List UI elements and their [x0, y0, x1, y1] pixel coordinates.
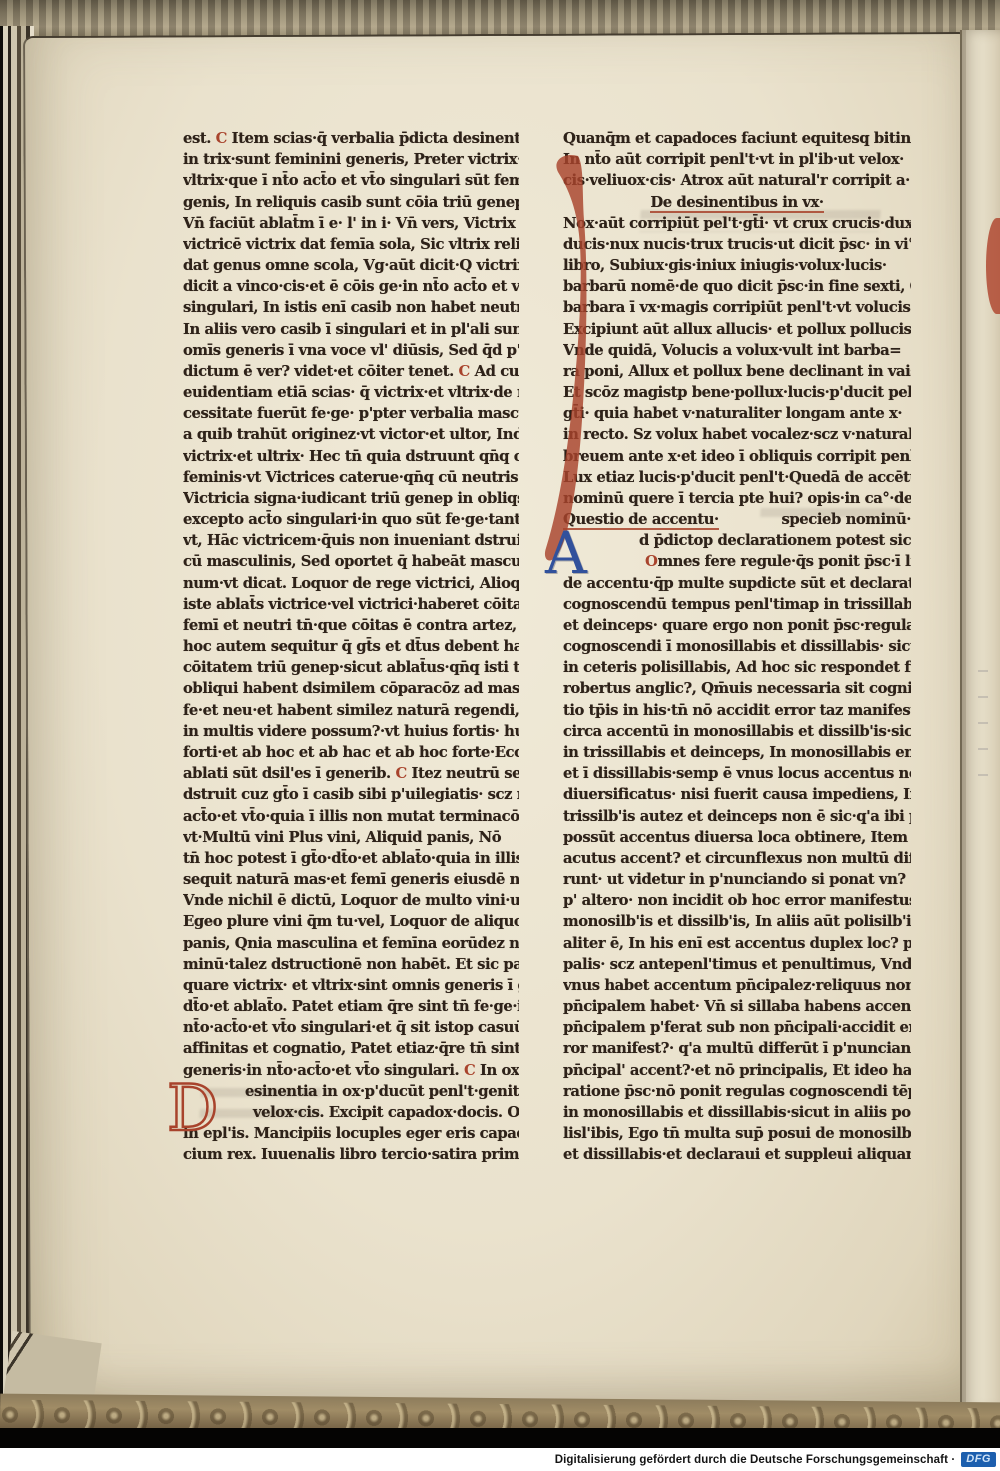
- text-line: Excipiunt aūt allux allucis· et pollux p…: [563, 319, 911, 340]
- text-line: vt, Hāc victricem·q̄uis non inueniant ds…: [183, 530, 519, 551]
- text-line: cium rex. Iuuenalis libro tercio·satira …: [183, 1144, 519, 1165]
- text-line: barbarū nomē·de quo dicit p̄sc·in fine s…: [563, 276, 911, 297]
- text-line: runt· ut videtur in p'nunciando si ponat…: [563, 869, 911, 890]
- text-line: in monosillabis et dissillabis·sicut in …: [563, 1102, 911, 1123]
- text-line: in multis videre possum?·vt huius fortis…: [183, 721, 519, 742]
- rubric-mark: C: [395, 765, 406, 782]
- text-line: fe·et neu·et habent similez naturā regen…: [183, 700, 519, 721]
- text-line: nominū quere ī tercia pte hui? opis·in c…: [563, 488, 911, 509]
- text-column-left: est. C Item scias·q̄ verbalia p̄dicta de…: [183, 128, 519, 1165]
- rubric-mark: O: [645, 553, 657, 570]
- text-line: vt·Multū vini Plus vini, Aliquid panis, …: [183, 827, 519, 848]
- text-line: esinentia in ox·p'ducūt penl't·geniti· v…: [183, 1081, 519, 1102]
- text-line: in epl'is. Mancipiis locuples eger eris …: [183, 1123, 519, 1144]
- text-line: singulari, In istis enī casib non habet …: [183, 297, 519, 318]
- text-line: et ī dissillabis·semp ē vnus locus accen…: [563, 763, 911, 784]
- next-page-edge: [960, 30, 1000, 1412]
- text-line: robertus anglic?, Qm̄uis necessaria sit …: [563, 678, 911, 699]
- text-line: possūt accentus diuersa loca obtinere, I…: [563, 827, 911, 848]
- rubric-heading-line: Questio de accentu·specieb nominū·: [563, 509, 911, 530]
- text-line: palis· scz antepenl'timus et penultimus,…: [563, 954, 911, 975]
- text-line: Et scōz magistp bene·pollux·lucis·p'duci…: [563, 382, 911, 403]
- text-line: Quanq̄m et capadoces faciunt equitesq bi…: [563, 128, 911, 149]
- text-line: Victricia signa·iudicant triū genep in o…: [183, 488, 519, 509]
- text-line: dstruit cuz gt̄o ī casib sibi p'uilegiat…: [183, 784, 519, 805]
- text-line: ra poni, Allux et pollux bene declinant …: [563, 361, 911, 382]
- text-line: barbara ī vx·magis corripiūt penl't·vt v…: [563, 297, 911, 318]
- text-line: in trix·sunt feminini generis, Preter vi…: [183, 149, 519, 170]
- text-line: In aliis vero casib ī singulari et in pl…: [183, 319, 519, 340]
- illuminated-initial-A: A: [545, 524, 587, 582]
- rubric-mark: C: [216, 130, 227, 147]
- text-line: cōitatem triū genep·sicut ablat̄us·qn̄q …: [183, 657, 519, 678]
- text-line: ror manifest?· q'a multū differūt ī p'nu…: [563, 1038, 911, 1059]
- illuminated-initial-D: D: [167, 1077, 218, 1141]
- text-line: Vnde quidā, Volucis a volux·vult int bar…: [563, 340, 911, 361]
- text-line: vltrix·que ī nt̄o act̄o et vt̄o singular…: [183, 170, 519, 191]
- text-line: velox·cis. Excipit capadox·docis. Orati?: [183, 1102, 519, 1123]
- text-line: Vnde nichil ē dictū, Loquor de multo vin…: [183, 890, 519, 911]
- rubric-mark: C: [464, 1062, 475, 1079]
- text-line: panis, Qnia masculina et femīna eorūdez …: [183, 933, 519, 954]
- text-line: p' altero· non incidit ob hoc error mani…: [563, 890, 911, 911]
- text-line: libro, Subiux·gis·iniux iniugis·volux·lu…: [563, 255, 911, 276]
- text-line: in trissillabis et deinceps, In monosill…: [563, 742, 911, 763]
- text-line: cis·veliuox·cis· Atrox aūt natural'r cor…: [563, 170, 911, 191]
- text-line: lisl'ibis, Ego tn̄ multa sup̄ posui de m…: [563, 1123, 911, 1144]
- next-page-red-initial-fragment: [986, 218, 1000, 314]
- dfg-logo-icon: DFG: [961, 1452, 996, 1467]
- text-line: acutus accent? et circunflexus non multū…: [563, 848, 911, 869]
- text-line: nt̄o·act̄o·et vt̄o singulari·et q̄ sit i…: [183, 1017, 519, 1038]
- text-line: est. C Item scias·q̄ verbalia p̄dicta de…: [183, 128, 519, 149]
- rubric-heading-line: De desinentibus in vx·: [563, 192, 911, 213]
- text-line: pn̄cipalem p'ferat sub non pn̄cipali·acc…: [563, 1017, 911, 1038]
- text-line: trissilb'is autez et deinceps non ē sic·…: [563, 806, 911, 827]
- text-line: Egeo plure vini q̄m tu·vel, Loquor de al…: [183, 911, 519, 932]
- text-line: feminis·vt Victrices caterue·qn̄q cū neu…: [183, 467, 519, 488]
- text-line: in ceteris polisillabis, Ad hoc sic resp…: [563, 657, 911, 678]
- text-line: generis·in nt̄o·act̄o·et vt̄o singulari.…: [183, 1060, 519, 1081]
- text-line: iste ablat̄s victrice·vel victrici·haber…: [183, 594, 519, 615]
- text-line: ratione p̄sc·nō ponit regulas cognoscend…: [563, 1081, 911, 1102]
- rubric-mark: C: [459, 363, 470, 380]
- text-line: forti·et ab hoc et ab hac et ab hoc fort…: [183, 742, 519, 763]
- text-line: tio tp̄is in his·tn̄ nō accidit error ta…: [563, 700, 911, 721]
- text-line: victricē victrix dat femīa sola, Sic vlt…: [183, 234, 519, 255]
- text-line: dt̄o·et ablat̄o. Patet etiam q̄re sint t…: [183, 996, 519, 1017]
- text-line: cū masculinis, Sed oportet q̄ habeāt mas…: [183, 551, 519, 572]
- text-line: obliqui habent dsimilem cōparacōz ad mas…: [183, 678, 519, 699]
- text-line: monosilb'is et dissilb'is, In aliis aūt …: [563, 911, 911, 932]
- text-line: num·vt dicat. Loquor de rege victrici, A…: [183, 573, 519, 594]
- text-line: genis, In reliquis casib sunt cōia triū …: [183, 192, 519, 213]
- text-line: aliter ē, In his enī est accentus duplex…: [563, 933, 911, 954]
- text-line: sequit naturā mas·et femī generis eiusdē…: [183, 869, 519, 890]
- text-line: a quib trahūt originez·vt victor·et ulto…: [183, 424, 519, 445]
- text-column-right: Quanq̄m et capadoces faciunt equitesq bi…: [563, 128, 911, 1165]
- text-line: act̄o·et vt̄o·quia ī illis non mutat ter…: [183, 806, 519, 827]
- text-line: d p̄dictop declarationem potest sic quer…: [563, 530, 911, 551]
- text-line: diuersificatus· nisi fuerit causa impedi…: [563, 784, 911, 805]
- text-line: ablati sūt dsil'es ī generib. C Itez neu…: [183, 763, 519, 784]
- text-line: tn̄ hoc potest ī gt̄o·dt̄o·et ablat̄o·qu…: [183, 848, 519, 869]
- text-line: et deinceps· quare ergo non ponit p̄sc·r…: [563, 615, 911, 636]
- text-line: Omnes fere regule·q̄s ponit p̄sc·ī libro: [563, 551, 911, 572]
- text-line: et dissillabis·et declaraui et suppleui …: [563, 1144, 911, 1165]
- text-line: excepto act̄o singulari·in quo sūt fe·ge…: [183, 509, 519, 530]
- text-line: breuem ante x·et ideo ī obliquis corripi…: [563, 446, 911, 467]
- text-line: minū·talez dstructionē non habēt. Et sic…: [183, 954, 519, 975]
- text-line: ducis·nux nucis·trux trucis·ut dicit p̄s…: [563, 234, 911, 255]
- manuscript-scan: est. C Item scias·q̄ verbalia p̄dicta de…: [0, 0, 1000, 1471]
- text-line: Vn̄ faciūt ablat̄m ī e· l' in i· Vn̄ ver…: [183, 213, 519, 234]
- text-line: circa accentū in monosillabis et dissilb…: [563, 721, 911, 742]
- text-line: cognoscendū tempus penl'timap in trissil…: [563, 594, 911, 615]
- caption-text: Digitalisierung gefördert durch die Deut…: [555, 1454, 956, 1466]
- text-line: Nox·aūt corripiūt pel't·gt̄i· vt crux cr…: [563, 213, 911, 234]
- text-line: affinitas et cognatio, Patet etiaz·q̄re …: [183, 1038, 519, 1059]
- text-line: dicit a vinco·cis·et ē cōis ge·in nt̄o a…: [183, 276, 519, 297]
- text-line: pn̄cipalem habet· Vn̄ si sillaba habens …: [563, 996, 911, 1017]
- text-line: quare victrix· et vltrix·sint omnis gene…: [183, 975, 519, 996]
- text-line: Lux etiaz lucis·p'ducit penl't·Quedā de …: [563, 467, 911, 488]
- text-line: femī et neutri tn̄·que cōitas ē contra a…: [183, 615, 519, 636]
- text-line: In nt̄o aūt corripit penl't·vt in pl'ib·…: [563, 149, 911, 170]
- text-line: vnus habet accentum pn̄cipalez·reliquus …: [563, 975, 911, 996]
- text-line: de accentu·q̄p multe supdicte sūt et dec…: [563, 573, 911, 594]
- text-line: in recto. Sz volux habet vocalez·scz v·n…: [563, 424, 911, 445]
- text-line: cognoscendi ī monosillabis et dissillabi…: [563, 636, 911, 657]
- text-line: victrix·et ultrix· Hec tn̄ quia dstruunt…: [183, 446, 519, 467]
- next-page-ink-specks: [978, 670, 988, 790]
- text-line: pn̄cipal' accent?·et nō principalis, Et …: [563, 1060, 911, 1081]
- digitization-caption: Digitalisierung gefördert durch die Deut…: [0, 1448, 1000, 1471]
- text-line: omīs generis ī vna voce vl' diūsis, Sed …: [183, 340, 519, 361]
- text-line: dictum ē ver? videt·et cōiter tenet. C A…: [183, 361, 519, 382]
- text-line: hoc autem sequitur q̄ gt̄s et dt̄us debe…: [183, 636, 519, 657]
- text-line: dat genus omne scola, Vg·aūt dicit·Q vic…: [183, 255, 519, 276]
- text-line: cessitate fuerūt fe·ge· p'pter verbalia …: [183, 403, 519, 424]
- text-line: gt̄i· quia habet v·naturaliter longam an…: [563, 403, 911, 424]
- text-line: euidentiam etiā scias· q̄ victrix·et vlt…: [183, 382, 519, 403]
- scan-background: [0, 1428, 1000, 1448]
